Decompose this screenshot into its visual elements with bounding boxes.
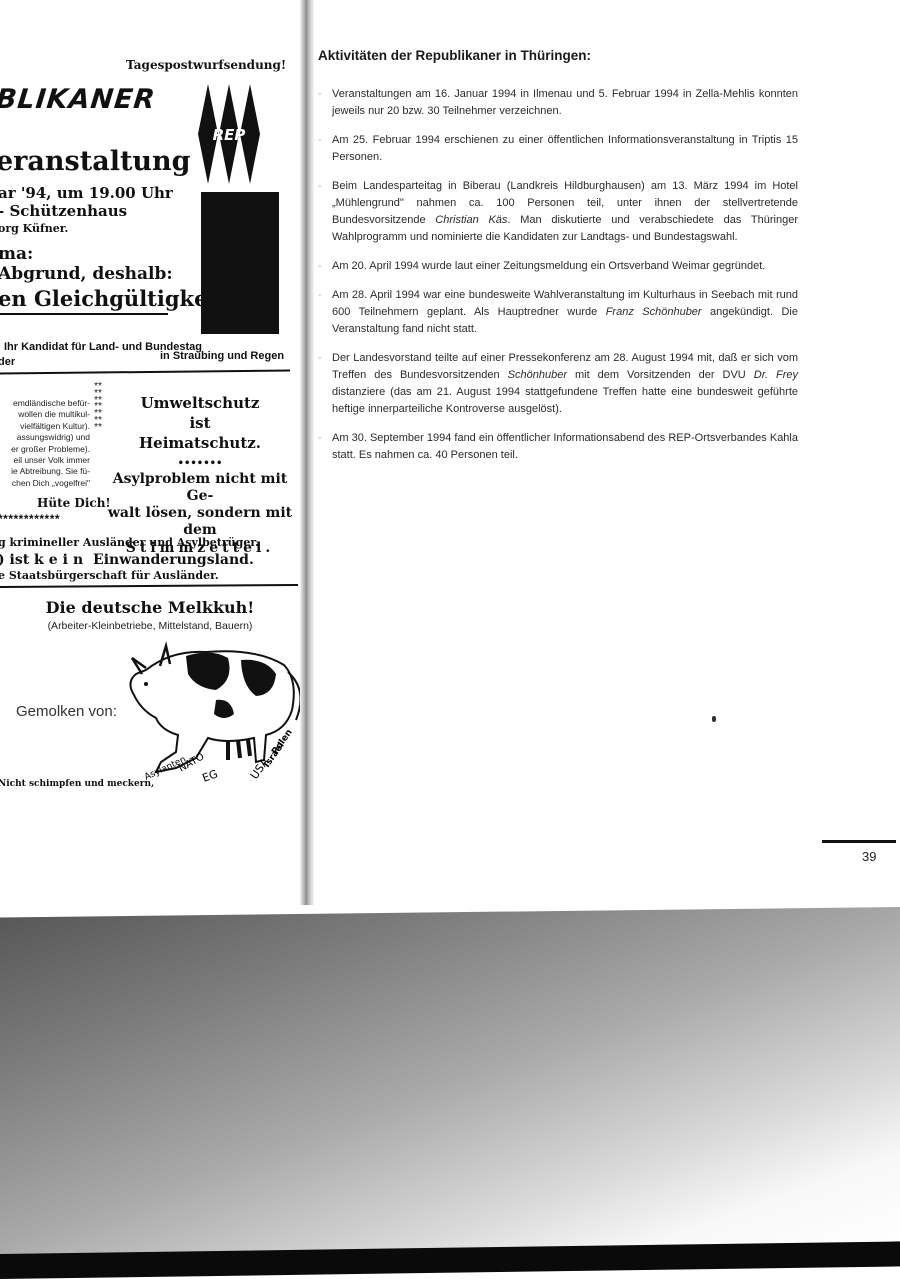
event-speaker: org Küfner. xyxy=(0,222,68,235)
post-notice: Tagespostwurfsendung! xyxy=(126,58,286,72)
hide-you-text: Hüte Dich! xyxy=(37,496,111,510)
redacted-photo-block xyxy=(201,192,279,334)
activity-text: Der Landesvorstand teilte auf einer Pres… xyxy=(332,352,798,415)
activity-list: -Veranstaltungen am 16. Januar 1994 in I… xyxy=(318,86,798,476)
activity-text: Beim Landesparteitag in Biberau (Landkre… xyxy=(332,180,798,243)
activity-text: Am 30. September 1994 fand ein öffentlic… xyxy=(332,432,798,461)
activity-item: -Am 30. September 1994 fand ein öffentli… xyxy=(318,430,798,464)
event-place: - Schützenhaus xyxy=(0,202,127,220)
svg-text:REP: REP xyxy=(213,126,246,144)
cow-title: Die deutsche Melkkuh! xyxy=(0,598,300,617)
section-heading: Aktivitäten der Republikaner in Thüringe… xyxy=(318,48,591,63)
activity-item: -Der Landesvorstand teilte auf einer Pre… xyxy=(318,350,798,418)
bullet-dash-icon: - xyxy=(318,350,322,367)
activity-item: -Am 25. Februar 1994 erschienen zu einer… xyxy=(318,132,798,166)
activity-text: Veranstaltungen am 16. Januar 1994 in Il… xyxy=(332,88,798,117)
foreigners-line-1: g krimineller Ausländer und Asylbetrüger… xyxy=(0,536,259,549)
event-date: ar '94, um 19.00 Uhr xyxy=(0,184,173,202)
activity-item: -Am 20. April 1994 wurde laut einer Zeit… xyxy=(318,258,798,275)
environment-slogan: Umweltschutz ist Heimatschutz. ••••••• A… xyxy=(105,393,295,557)
bullet-dash-icon: - xyxy=(318,258,322,275)
book-spread: Tagespostwurfsendung! BLIKANER REP erans… xyxy=(0,0,900,905)
foreigners-line-2: ) ist kein Einwanderungsland. xyxy=(0,552,254,568)
candidate-line-2: der xyxy=(0,356,15,368)
milked-by-label: Gemolken von: xyxy=(16,703,117,720)
candidate-region: in Straubing und Regen xyxy=(160,350,284,362)
divider xyxy=(0,584,298,588)
event-title: eranstaltung xyxy=(0,146,191,177)
bullet-dash-icon: - xyxy=(318,178,322,195)
bullet-dash-icon: - xyxy=(318,132,322,149)
scan-speck xyxy=(712,716,716,722)
star-border-row: ************ xyxy=(0,512,60,526)
activity-text: Am 28. April 1994 war eine bundesweite W… xyxy=(332,289,798,335)
activity-item: -Am 28. April 1994 war eine bundesweite … xyxy=(318,287,798,338)
cow-illustration-icon: Asylanten NATO EG USA Israel Polen xyxy=(116,640,303,790)
bullet-dash-icon: - xyxy=(318,86,322,103)
activity-text: Am 20. April 1994 wurde laut einer Zeitu… xyxy=(332,260,765,272)
divider xyxy=(0,313,168,315)
divider xyxy=(0,369,290,374)
party-name: BLIKANER xyxy=(0,84,157,115)
scan-background-surface xyxy=(0,907,900,1257)
book-spine xyxy=(300,0,314,905)
activity-item: -Beim Landesparteitag in Biberau (Landkr… xyxy=(318,178,798,246)
theme-line-2: en Gleichgültigkeit xyxy=(0,286,225,311)
theme-line-1: Abgrund, deshalb: xyxy=(0,264,173,284)
right-page-report: Aktivitäten der Republikaner in Thüringe… xyxy=(314,0,900,905)
left-page-flyer: Tagespostwurfsendung! BLIKANER REP erans… xyxy=(0,0,303,905)
theme-label: ma: xyxy=(0,244,33,264)
star-border-column: ************** xyxy=(94,384,102,432)
foreigners-line-3: e Staatsbürgerschaft für Ausländer. xyxy=(0,569,219,582)
no-complain-text: Nicht schimpfen und meckern, xyxy=(0,779,154,789)
svg-text:EG: EG xyxy=(201,767,220,785)
page-number: 39 xyxy=(862,849,876,864)
small-text-column: emdländische befür- wollen die multikul-… xyxy=(0,398,90,489)
footer-rule xyxy=(822,840,896,843)
activity-item: -Veranstaltungen am 16. Januar 1994 in I… xyxy=(318,86,798,120)
rep-party-logo-icon: REP xyxy=(198,84,260,184)
bullet-dash-icon: - xyxy=(318,287,322,304)
cow-subtitle: (Arbeiter-Kleinbetriebe, Mittelstand, Ba… xyxy=(0,620,300,632)
activity-text: Am 25. Februar 1994 erschienen zu einer … xyxy=(332,134,798,163)
bullet-dash-icon: - xyxy=(318,430,322,447)
